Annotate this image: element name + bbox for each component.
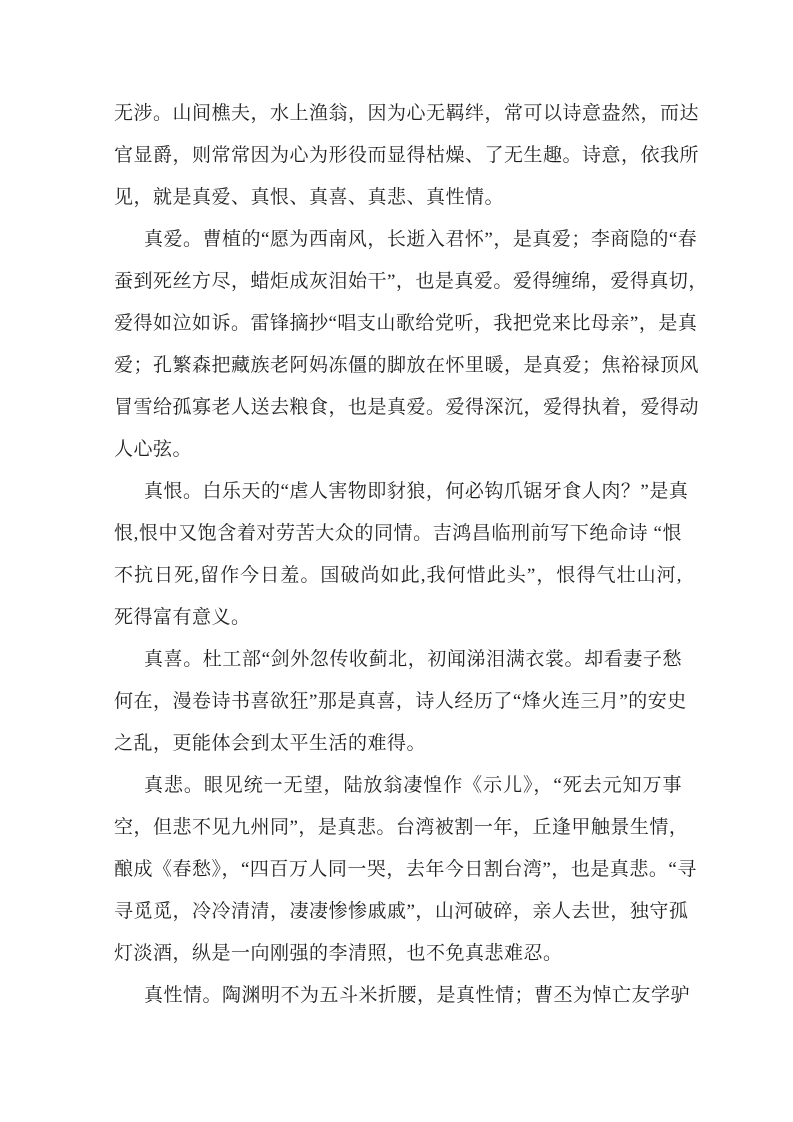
- text-line: 真喜。杜工部“剑外忽传收蓟北，初闻涕泪满衣裳。却看妻子愁: [114, 639, 682, 681]
- text-line: 不抗日死,留作今日羞。国破尚如此,我何惜此头”，恨得气壮山河,: [114, 555, 682, 597]
- document-body: 无涉。山间樵夫，水上渔翁，因为心无羁绊，常可以诗意盎然，而达官显爵，则常常因为心…: [114, 93, 682, 1017]
- text-line: 真爱。曹植的“愿为西南风，长逝入君怀”，是真爱；李商隐的“春: [114, 219, 682, 261]
- text-line: 恨,恨中又饱含着对劳苦大众的同情。吉鸿昌临刑前写下绝命诗 “恨: [114, 513, 682, 555]
- text-line: 爱得如泣如诉。雷锋摘抄“唱支山歌给党听，我把党来比母亲”，是真: [114, 303, 682, 345]
- paragraph: 真性情。陶渊明不为五斗米折腰，是真性情；曹丕为悼亡友学驴: [114, 975, 682, 1017]
- text-line: 蚕到死丝方尽，蜡炬成灰泪始干”，也是真爱。爱得缠绵，爱得真切，: [114, 261, 682, 303]
- text-line: 何在，漫卷诗书喜欲狂”那是真喜，诗人经历了“烽火连三月”的安史: [114, 681, 682, 723]
- text-line: 之乱，更能体会到太平生活的难得。: [114, 723, 682, 765]
- text-line: 人心弦。: [114, 429, 682, 471]
- paragraph: 真恨。白乐天的“虐人害物即豺狼，何必钩爪锯牙食人肉？”是真恨,恨中又饱含着对劳苦…: [114, 471, 682, 639]
- text-line: 无涉。山间樵夫，水上渔翁，因为心无羁绊，常可以诗意盎然，而达: [114, 93, 682, 135]
- text-line: 空，但悲不见九州同”，是真悲。台湾被割一年，丘逢甲触景生情，: [114, 807, 682, 849]
- text-line: 爱；孔繁森把藏族老阿妈冻僵的脚放在怀里暖，是真爱；焦裕禄顶风: [114, 345, 682, 387]
- text-line: 寻觅觅，冷冷清清，凄凄惨惨戚戚”，山河破碎，亲人去世，独守孤: [114, 891, 682, 933]
- text-line: 灯淡酒，纵是一向刚强的李清照，也不免真悲难忍。: [114, 933, 682, 975]
- paragraph: 真喜。杜工部“剑外忽传收蓟北，初闻涕泪满衣裳。却看妻子愁何在，漫卷诗书喜欲狂”那…: [114, 639, 682, 765]
- text-line: 冒雪给孤寡老人送去粮食，也是真爱。爱得深沉，爱得执着，爱得动: [114, 387, 682, 429]
- paragraph: 真爱。曹植的“愿为西南风，长逝入君怀”，是真爱；李商隐的“春蚕到死丝方尽，蜡炬成…: [114, 219, 682, 471]
- paragraph: 真悲。眼见统一无望，陆放翁凄惶作《示儿》，“死去元知万事空，但悲不见九州同”，是…: [114, 765, 682, 975]
- text-line: 见，就是真爱、真恨、真喜、真悲、真性情。: [114, 177, 682, 219]
- text-line: 死得富有意义。: [114, 597, 682, 639]
- text-line: 酿成《春愁》，“四百万人同一哭，去年今日割台湾”，也是真悲。“寻: [114, 849, 682, 891]
- paragraph: 无涉。山间樵夫，水上渔翁，因为心无羁绊，常可以诗意盎然，而达官显爵，则常常因为心…: [114, 93, 682, 219]
- text-line: 官显爵，则常常因为心为形役而显得枯燥、了无生趣。诗意，依我所: [114, 135, 682, 177]
- document-page: 无涉。山间樵夫，水上渔翁，因为心无羁绊，常可以诗意盎然，而达官显爵，则常常因为心…: [0, 0, 793, 1122]
- text-line: 真性情。陶渊明不为五斗米折腰，是真性情；曹丕为悼亡友学驴: [114, 975, 682, 1017]
- text-line: 真恨。白乐天的“虐人害物即豺狼，何必钩爪锯牙食人肉？”是真: [114, 471, 682, 513]
- text-line: 真悲。眼见统一无望，陆放翁凄惶作《示儿》，“死去元知万事: [114, 765, 682, 807]
